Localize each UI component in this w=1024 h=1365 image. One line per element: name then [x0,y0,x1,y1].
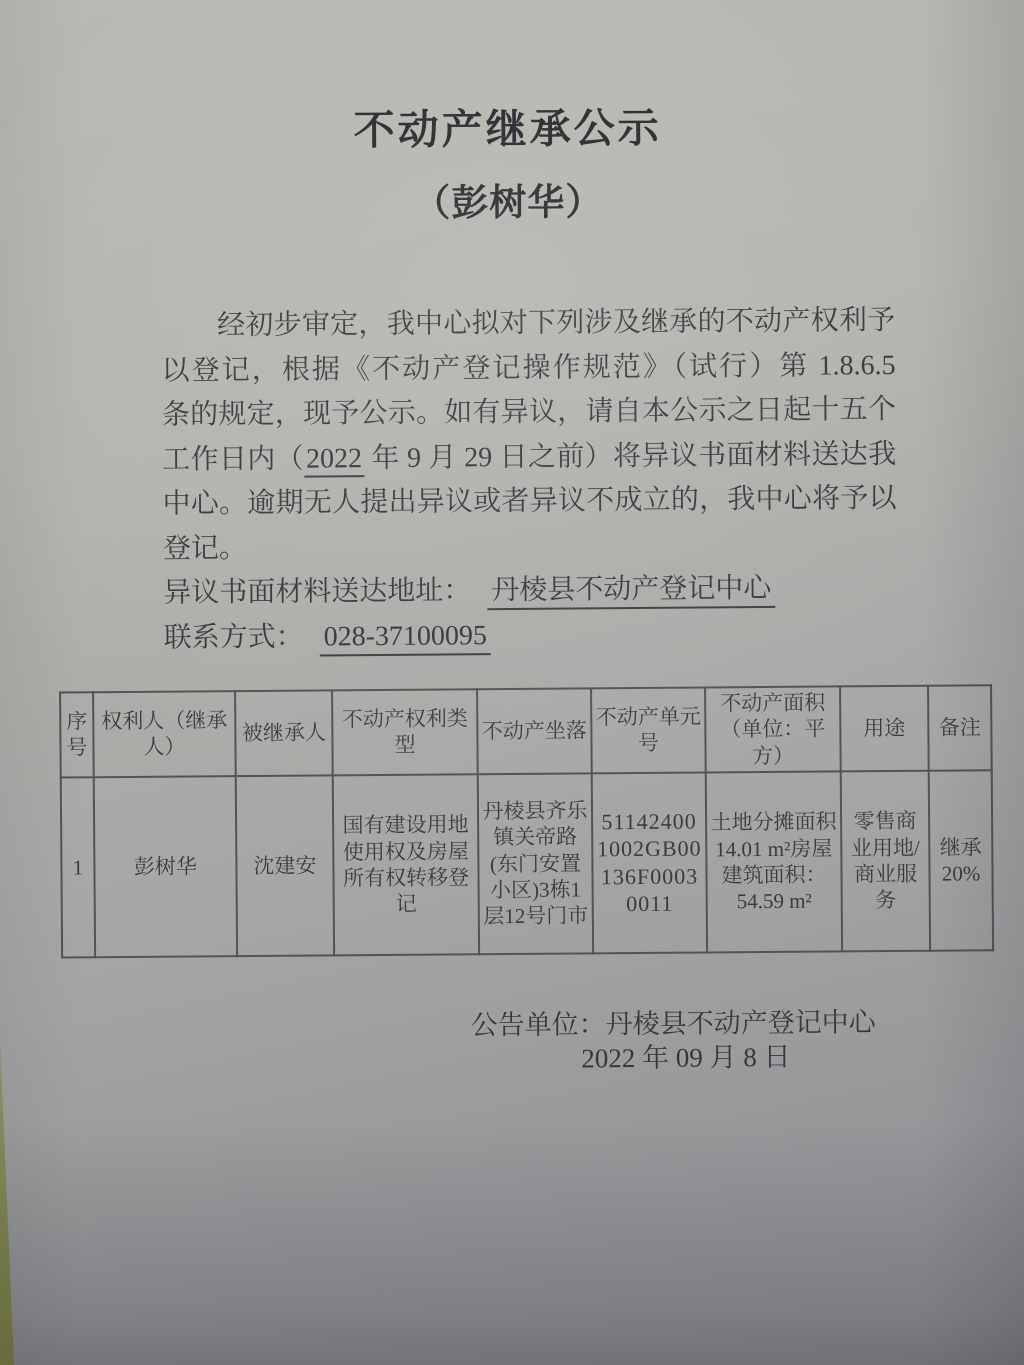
contact-label: 联系方式： [164,621,304,653]
header-location: 不动产坐落 [477,688,592,774]
paragraph-line-4: 工作日内（2022 年 9 月 29 日之前）将异议书面材料送达我 [162,432,896,482]
line4-suffix: 年 9 月 29 日之前）将异议书面材料送达我 [364,438,896,473]
cell-usage: 零售商业用地/商业服务 [841,770,930,951]
date-line: 2022 年 09 月 8 日 [471,1039,901,1076]
header-decedent: 被继承人 [235,690,333,776]
contact-line: 联系方式：028-37100095 [163,610,897,660]
objection-address-line: 异议书面材料送达地址：丹棱县不动产登记中心 [163,566,897,616]
page-subtitle: （彭树华） [0,168,1020,230]
notice-body: 经初步审定，我中心拟对下列涉及继承的不动产权利予 以登记，根据《不动产登记操作规… [161,299,898,661]
address-label: 异议书面材料送达地址： [163,575,471,608]
paragraph-line-5: 中心。逾期无人提出异议或者异议不成立的，我中心将予以 [162,477,896,527]
contact-phone-underlined: 028-37100095 [320,620,492,656]
header-usage: 用途 [840,686,929,771]
header-area: 不动产面积（单位：平方） [705,686,841,772]
cell-decedent: 沈建安 [236,775,334,956]
cell-heir: 彭树华 [94,776,237,957]
header-seq: 序号 [60,692,94,777]
issuer-line: 公告单位：丹棱县不动产登记中心 [471,1005,901,1042]
line4-prefix: 工作日内（ [162,443,304,475]
paragraph-line-1: 经初步审定，我中心拟对下列涉及继承的不动产权利予 [161,299,895,349]
footer: 公告单位：丹棱县不动产登记中心 2022 年 09 月 8 日 [471,1005,902,1076]
page-title: 不动产继承公示 [0,92,1020,159]
paragraph-line-6: 登记。 [163,521,897,571]
paragraph-line-3: 条的规定，现予公示。如有异议，请自本公示之日起十五个 [162,388,896,438]
document-page: 不动产继承公示 （彭树华） 经初步审定，我中心拟对下列涉及继承的不动产权利予 以… [0,0,1024,1365]
table-header-row: 序号 权利人（继承人） 被继承人 不动产权利类型 不动产坐落 不动产单元号 不动… [60,685,992,777]
header-note: 备注 [928,685,992,770]
property-table: 序号 权利人（继承人） 被继承人 不动产权利类型 不动产坐落 不动产单元号 不动… [59,684,994,958]
table-row: 1 彭树华 沈建安 国有建设用地使用权及房屋所有权转移登记 丹棱县齐乐镇关帝路(… [61,770,993,957]
cell-note: 继承20% [929,770,993,950]
header-unit-no: 不动产单元号 [591,687,706,773]
photographed-document: 不动产继承公示 （彭树华） 经初步审定，我中心拟对下列涉及继承的不动产权利予 以… [0,0,1024,1365]
cell-unit-no: 511424001002GB00136F00030011 [592,772,707,953]
header-heir: 权利人（继承人） [93,691,236,777]
cell-area: 土地分摊面积14.01 m²房屋建筑面积：54.59 m² [706,771,842,952]
paragraph-line-2: 以登记，根据《不动产登记操作规范》（试行）第 1.8.6.5 [161,343,895,393]
address-value-underlined: 丹棱县不动产登记中心 [487,573,775,610]
cell-right-type: 国有建设用地使用权及房屋所有权转移登记 [333,774,479,955]
cell-location: 丹棱县齐乐镇关帝路(东门安置小区)3栋1层12号门市 [478,773,593,954]
deadline-year-underlined: 2022 [304,443,364,477]
header-right-type: 不动产权利类型 [332,689,478,775]
cell-seq: 1 [61,777,95,957]
